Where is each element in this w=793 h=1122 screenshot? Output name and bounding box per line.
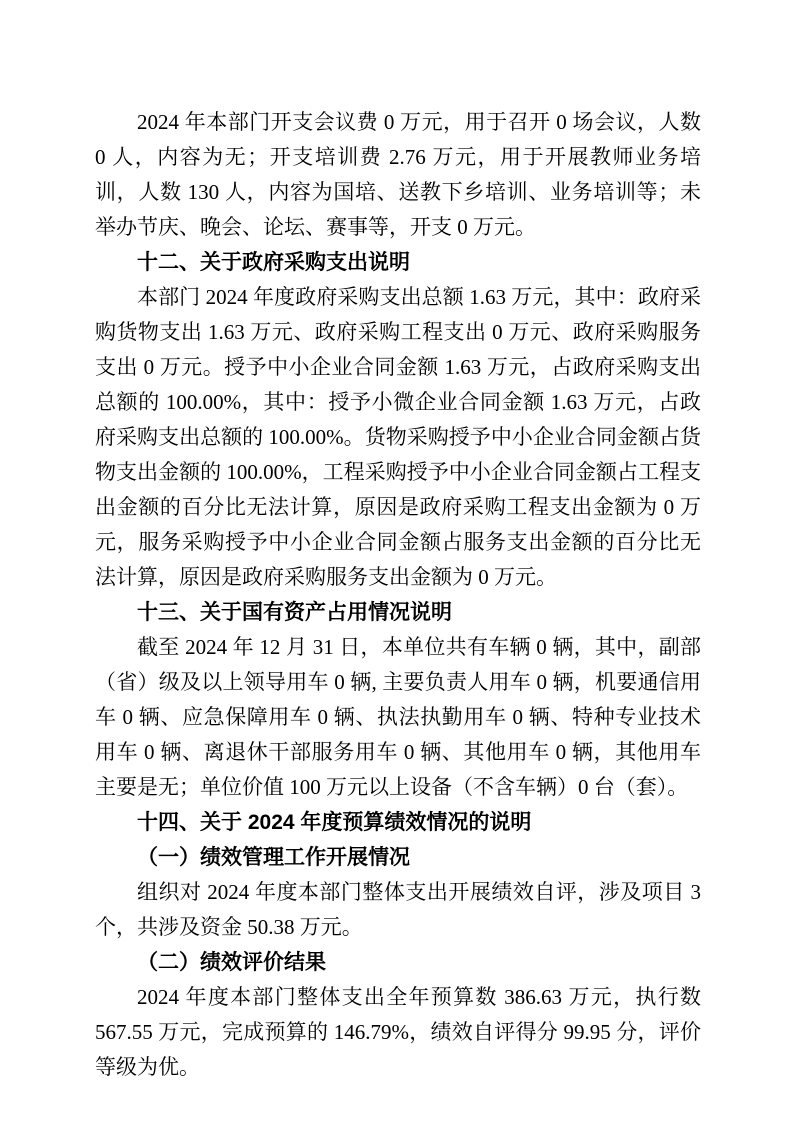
paragraph-government-procurement-detail: 本部门 2024 年度政府采购支出总额 1.63 万元，其中：政府采购货物支出 … [95,280,701,595]
subheading-performance-management: （一）绩效管理工作开展情况 [95,840,701,875]
subheading-performance-evaluation-result: （二）绩效评价结果 [95,945,701,980]
heading-12-government-procurement: 十二、关于政府采购支出说明 [95,245,701,280]
heading-14-budget-performance: 十四、关于 2024 年度预算绩效情况的说明 [95,805,701,840]
paragraph-conference-training-expense: 2024 年本部门开支会议费 0 万元，用于召开 0 场会议，人数 0 人，内容… [95,105,701,245]
paragraph-state-owned-assets-detail: 截至 2024 年 12 月 31 日，本单位共有车辆 0 辆，其中，副部（省）… [95,630,701,805]
heading-13-state-owned-assets: 十三、关于国有资产占用情况说明 [95,595,701,630]
document-page: 2024 年本部门开支会议费 0 万元，用于召开 0 场会议，人数 0 人，内容… [0,0,793,1122]
paragraph-performance-self-evaluation: 组织对 2024 年度本部门整体支出开展绩效自评，涉及项目 3 个，共涉及资金 … [95,875,701,945]
paragraph-performance-evaluation-detail: 2024 年度本部门整体支出全年预算数 386.63 万元，执行数 567.55… [95,980,701,1085]
document-content: 2024 年本部门开支会议费 0 万元，用于召开 0 场会议，人数 0 人，内容… [95,105,701,1085]
